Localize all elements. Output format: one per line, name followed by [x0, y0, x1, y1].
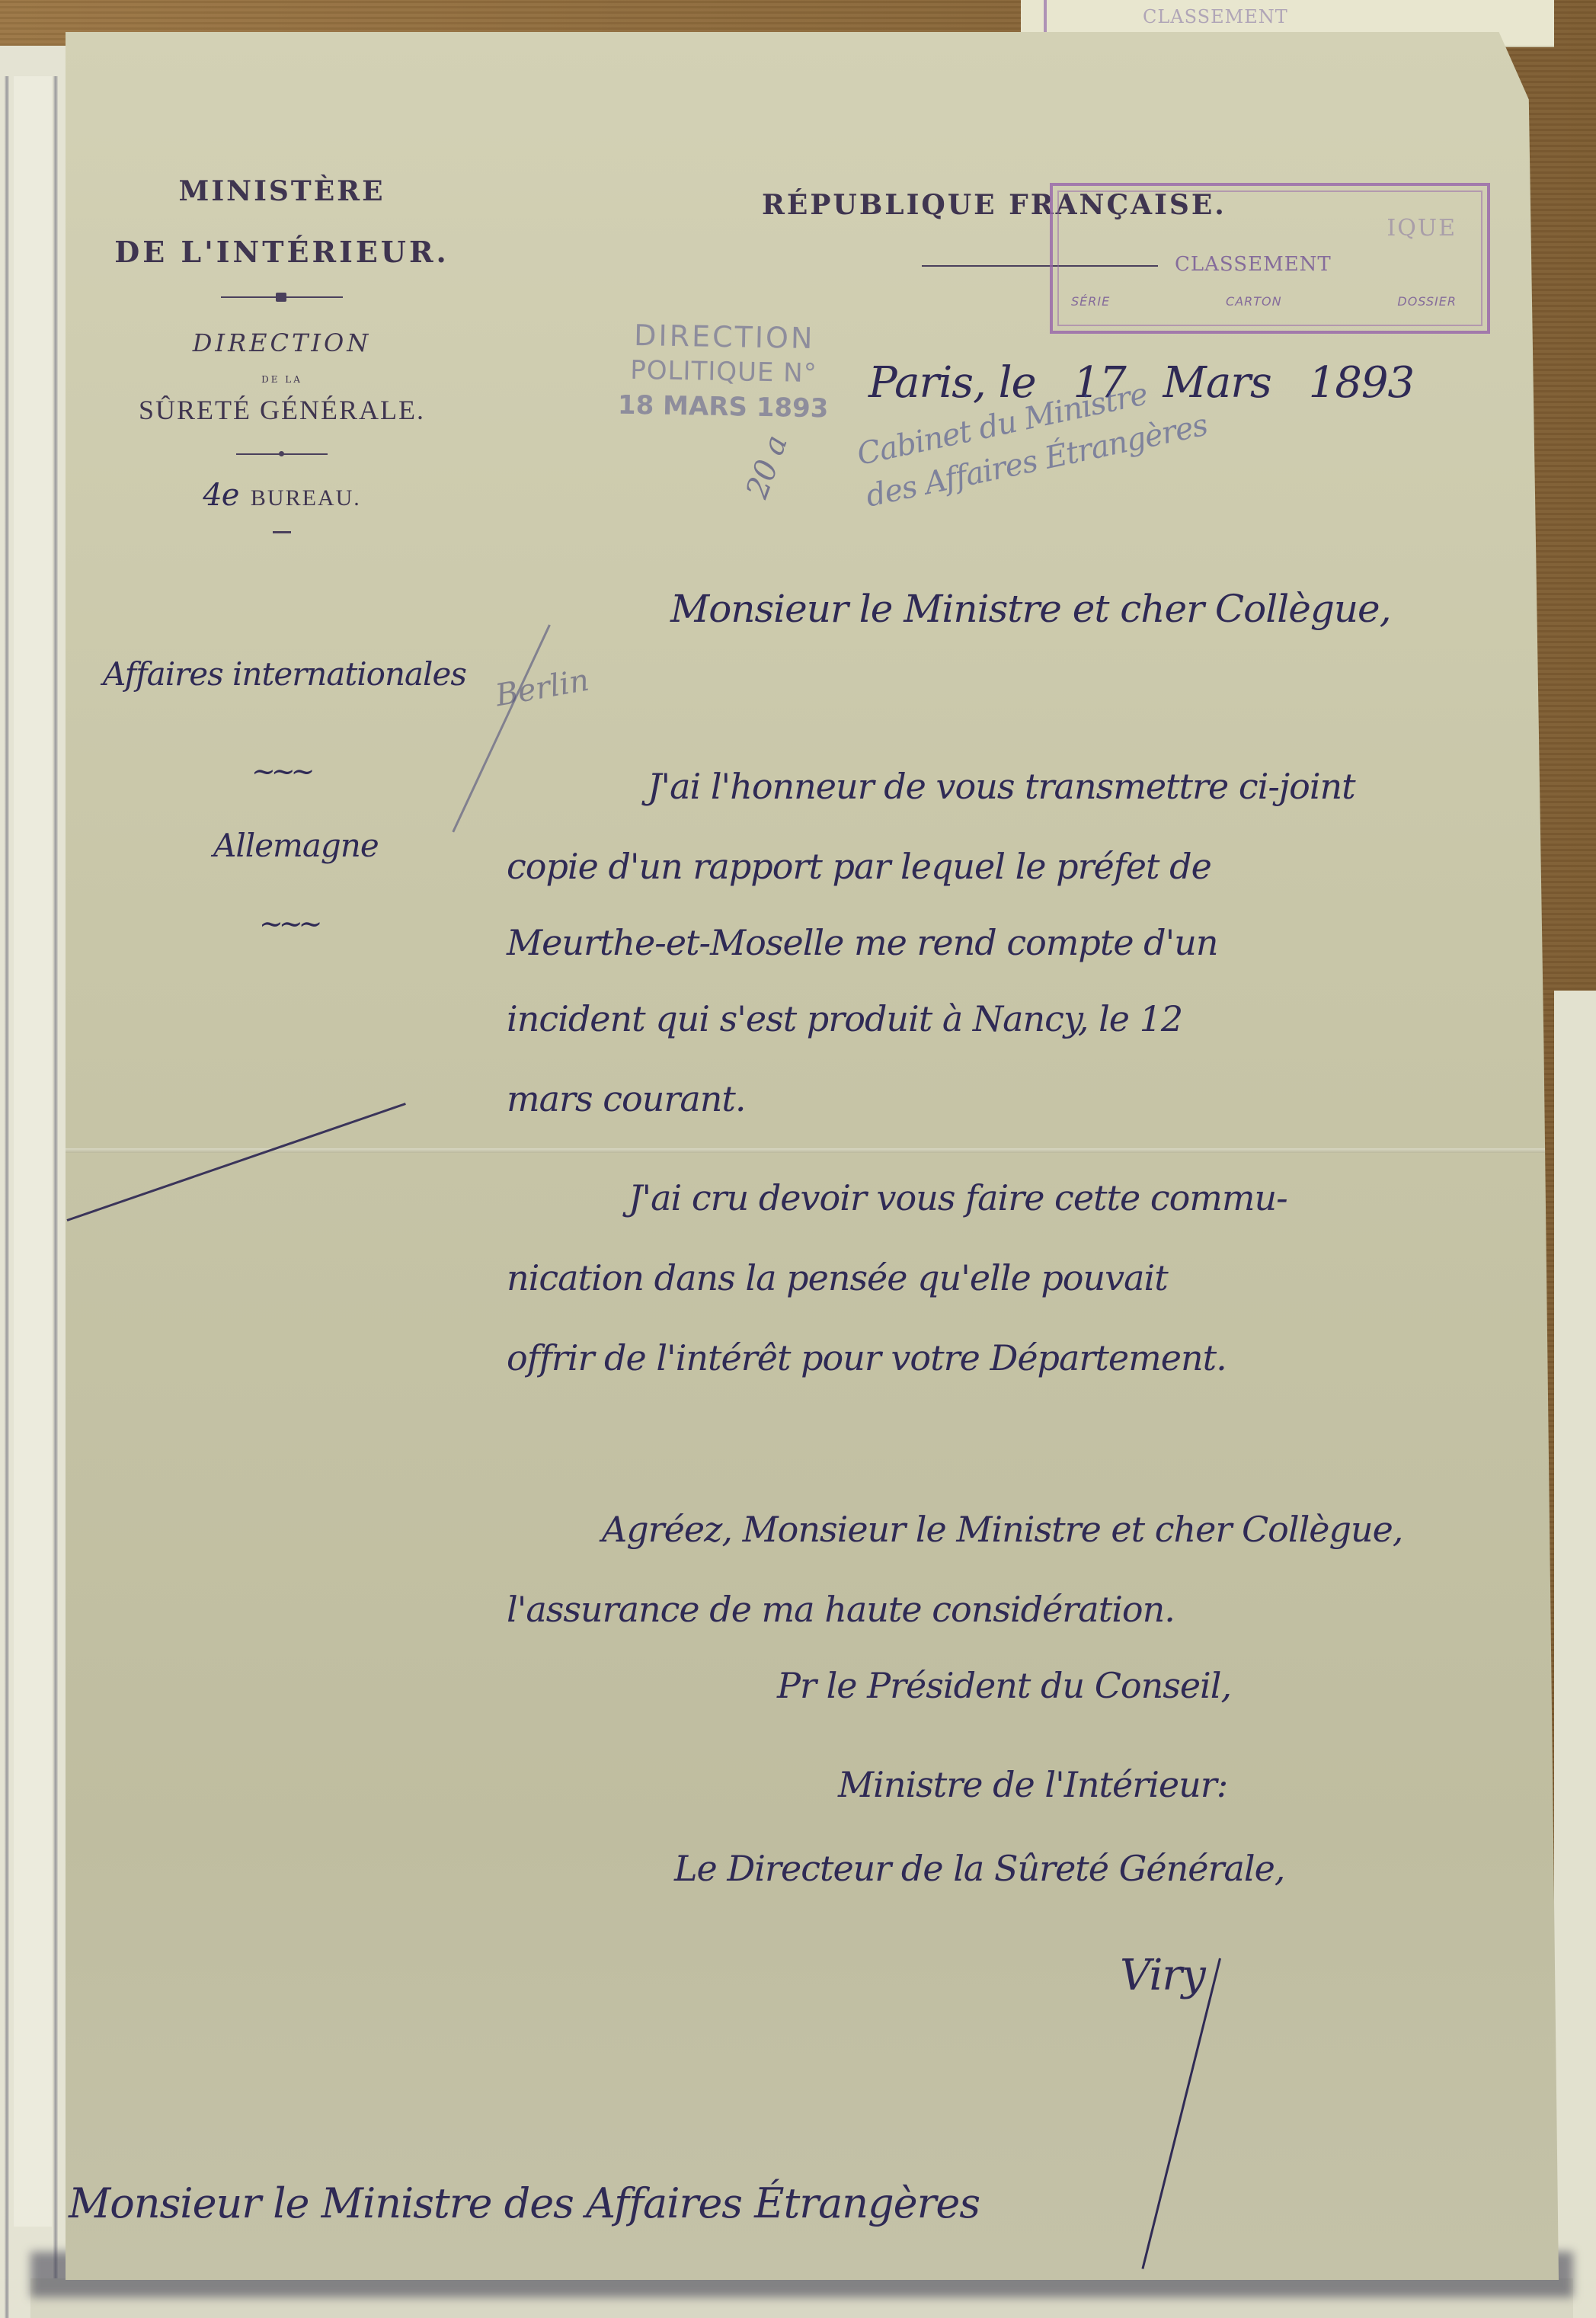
date-year: 1893	[1309, 358, 1415, 408]
paper-fold	[66, 1148, 1559, 1153]
stamp-column-serie: SÉRIE	[1071, 294, 1110, 309]
bureau-label: BUREAU.	[251, 485, 361, 511]
direction-heading: DIRECTION	[99, 328, 465, 357]
squiggle-ornament: ~~~	[251, 754, 311, 788]
stamp-column-carton: CARTON	[1226, 294, 1282, 309]
body-line: J'ai cru devoir vous faire cette commu-	[628, 1177, 1287, 1218]
signature-block-line: Pr le Président du Conseil,	[777, 1665, 1231, 1706]
stamp-edge	[1044, 0, 1047, 32]
ornament-divider	[221, 296, 343, 298]
interieur-heading: DE L'INTÉRIEUR.	[99, 235, 465, 269]
body-line: Meurthe-et-Moselle me rend compte d'un	[507, 922, 1218, 963]
signature: Viry	[1120, 1951, 1205, 2000]
stamp-line-politique: POLITIQUE N°	[579, 354, 869, 390]
sheet-edge-line	[53, 76, 58, 2318]
short-dash	[273, 531, 291, 533]
body-line: incident qui s'est produit à Nancy, le 1…	[507, 998, 1182, 1039]
background-sheet-right	[1554, 991, 1596, 2318]
ministere-heading: MINISTÈRE	[99, 175, 465, 207]
letterhead-left: MINISTÈRE DE L'INTÉRIEUR. DIRECTION DE L…	[99, 168, 465, 533]
sheet-edge-line	[5, 76, 9, 2318]
stamp-columns: SÉRIE CARTON DOSSIER	[1071, 294, 1457, 309]
closing-line: Agréez, Monsieur le Ministre et cher Col…	[602, 1509, 1402, 1550]
bureau-number: 4e	[203, 478, 238, 513]
body-line: mars courant.	[507, 1078, 746, 1119]
margin-note-country: Allemagne	[213, 827, 379, 864]
body-line: J'ai l'honneur de vous transmettre ci-jo…	[648, 766, 1355, 807]
closing-line: l'assurance de ma haute considération.	[507, 1589, 1175, 1630]
addressee-line: Monsieur le Ministre des Affaires Étrang…	[69, 2179, 980, 2227]
faint-classement-stamp: CLASSEMENT	[1143, 6, 1288, 27]
de-la-text: DE LA	[99, 374, 465, 385]
squiggle-ornament: ~~~	[259, 907, 318, 940]
stamp-line-direction: DIRECTION	[579, 318, 869, 357]
signature-block-line: Ministre de l'Intérieur:	[838, 1764, 1227, 1805]
classement-stamp: IQUE CLASSEMENT SÉRIE CARTON DOSSIER	[1050, 183, 1490, 334]
salutation: Monsieur le Ministre et cher Collègue,	[670, 587, 1391, 631]
stamp-ghost-text: IQUE	[1387, 215, 1457, 242]
bureau-line: 4e BUREAU.	[99, 478, 465, 513]
sheet-edge-strip	[14, 76, 52, 2227]
stamp-received-date: 18 MARS 1893	[578, 389, 868, 425]
stamp-title: CLASSEMENT	[1175, 253, 1332, 276]
surete-generale-heading: SÛRETÉ GÉNÉRALE.	[99, 394, 465, 426]
direction-politique-stamp: DIRECTION POLITIQUE N° 18 MARS 1893	[578, 318, 869, 425]
body-line: offrir de l'intérêt pour votre Départeme…	[507, 1337, 1227, 1378]
body-line: nication dans la pensée qu'elle pouvait	[507, 1257, 1168, 1298]
body-line: copie d'un rapport par lequel le préfet …	[507, 846, 1211, 887]
stamp-column-dossier: DOSSIER	[1397, 294, 1457, 309]
margin-note-category: Affaires internationales	[103, 655, 466, 693]
dot-rule-divider	[236, 453, 328, 455]
signature-block-line: Le Directeur de la Sûreté Générale,	[674, 1848, 1284, 1889]
